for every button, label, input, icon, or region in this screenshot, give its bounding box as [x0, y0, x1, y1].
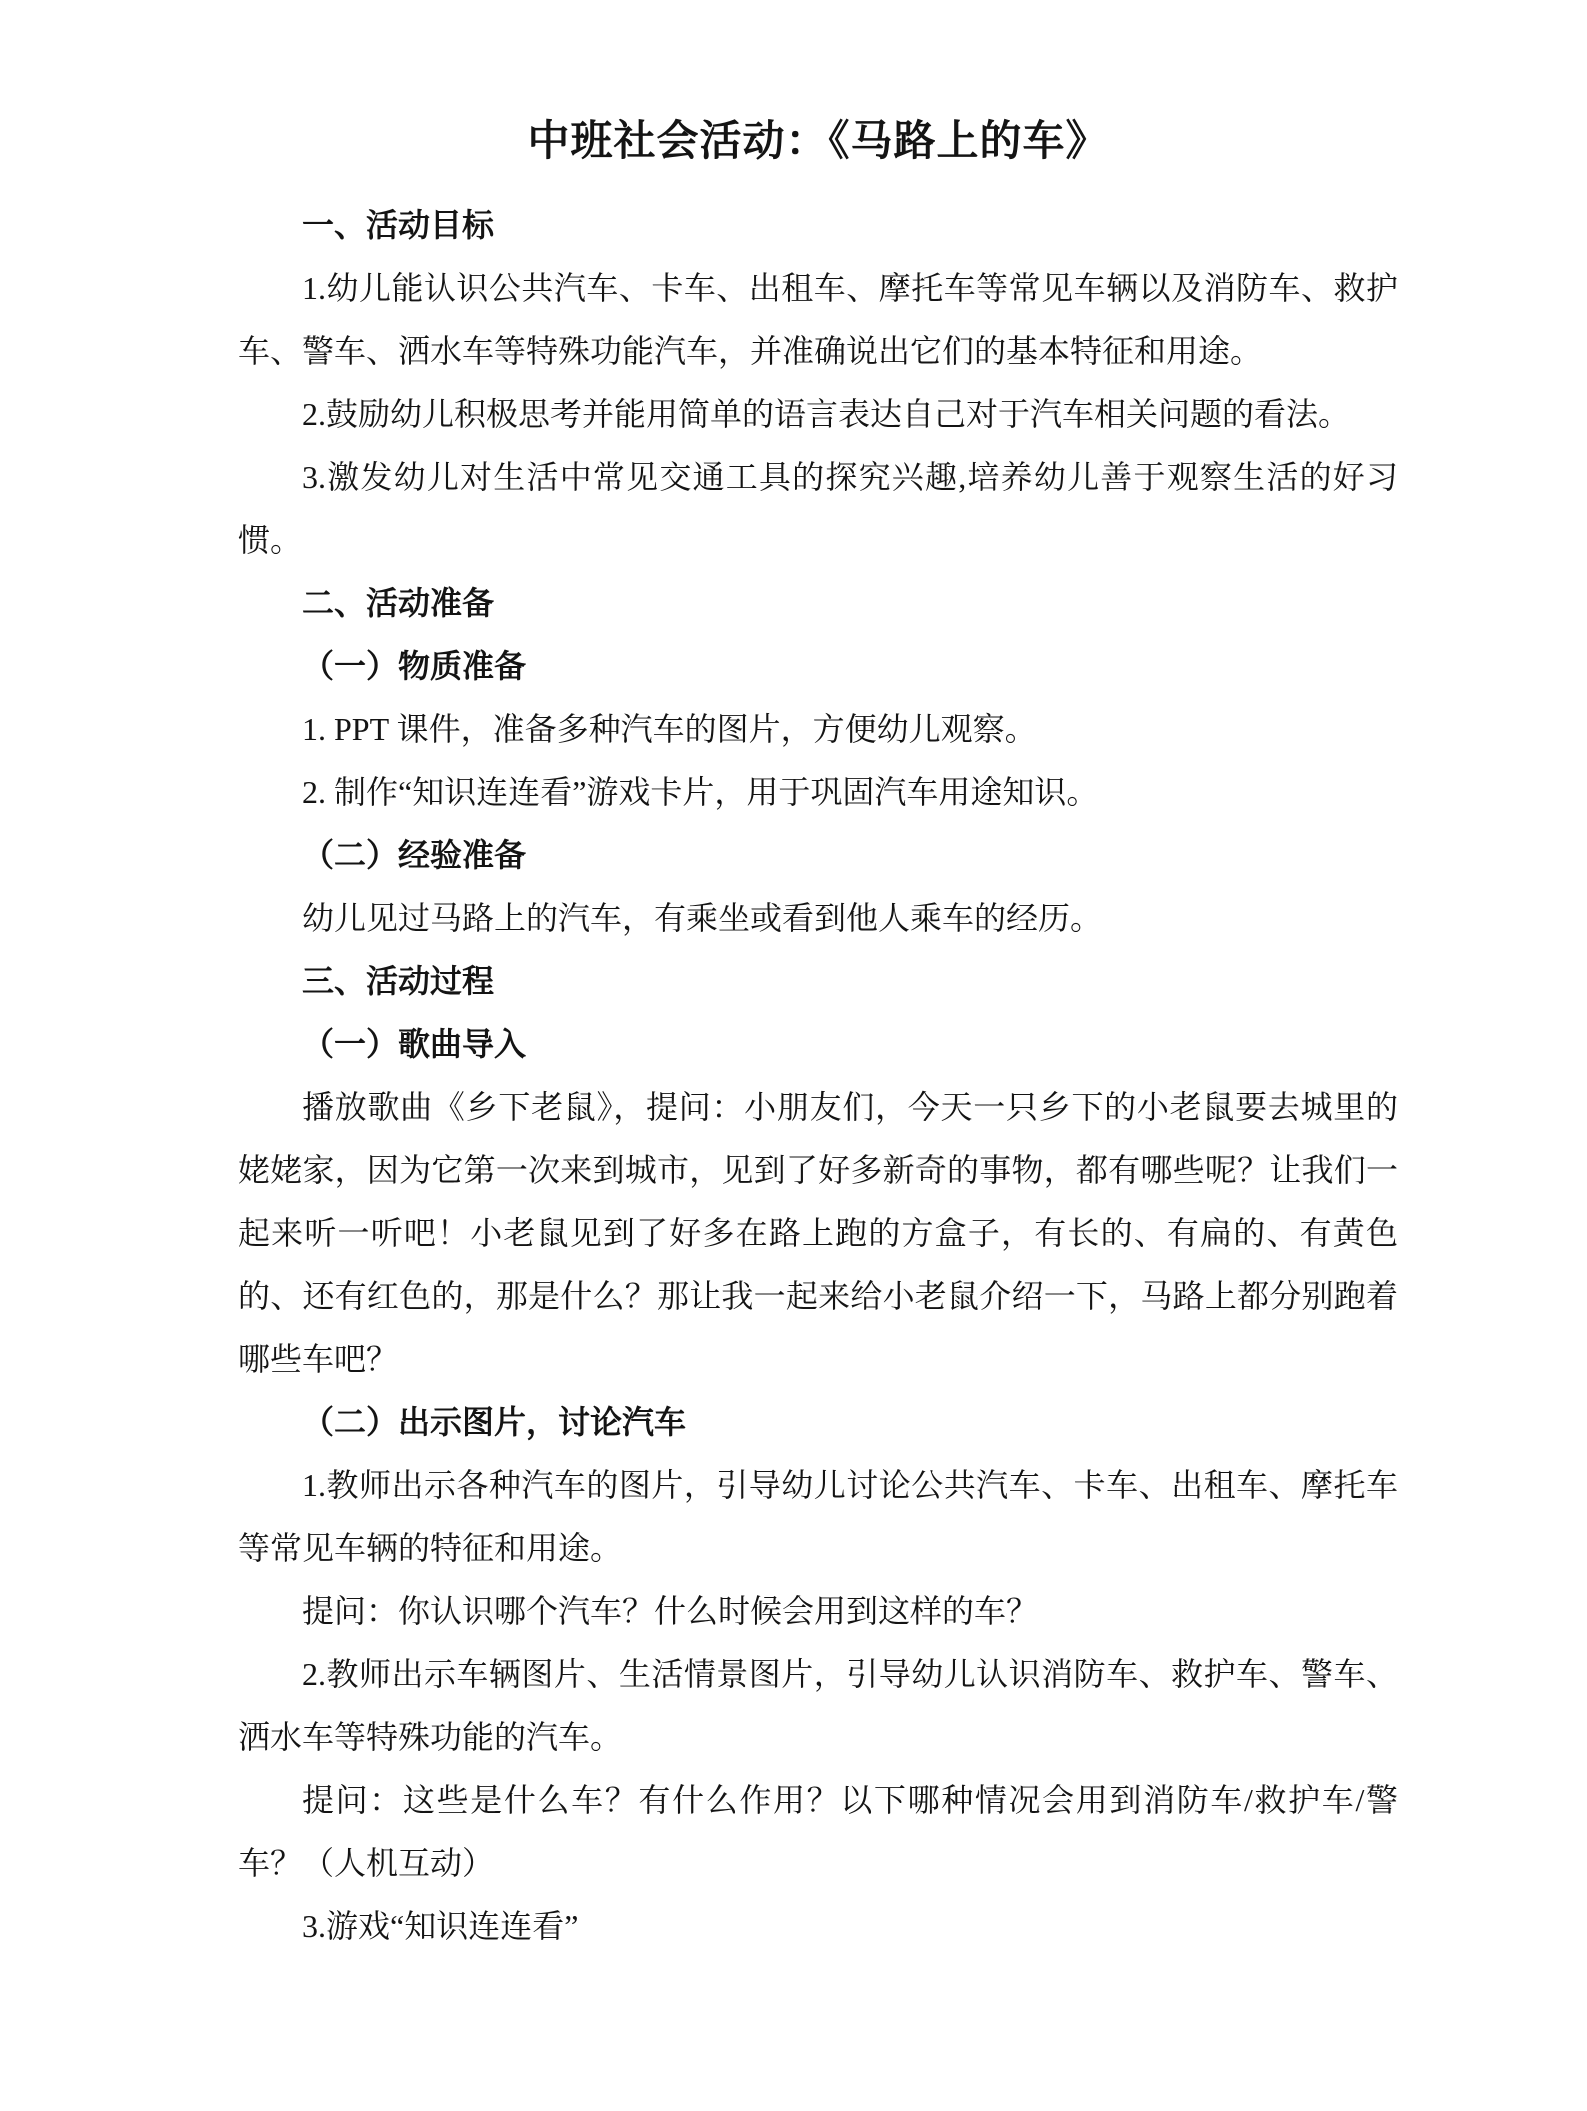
- paragraph-song-intro: 播放歌曲《乡下老鼠》，提问：小朋友们，今天一只乡下的小老鼠要去城里的姥姥家，因为…: [238, 1076, 1398, 1391]
- subsection-heading-experience-preparation: （二）经验准备: [238, 824, 1398, 887]
- section-heading-activity-preparation: 二、活动准备: [238, 572, 1398, 635]
- paragraph-experience-note: 幼儿见过马路上的汽车，有乘坐或看到他人乘车的经历。: [238, 887, 1398, 950]
- paragraph-question-common-vehicles: 提问：你认识哪个汽车？什么时候会用到这样的车？: [238, 1580, 1398, 1643]
- paragraph-goal-2: 2.鼓励幼儿积极思考并能用简单的语言表达自己对于汽车相关问题的看法。: [238, 383, 1398, 446]
- subsection-heading-material-preparation: （一）物质准备: [238, 635, 1398, 698]
- paragraph-discuss-common-vehicles: 1.教师出示各种汽车的图片，引导幼儿讨论公共汽车、卡车、出租车、摩托车等常见车辆…: [238, 1454, 1398, 1580]
- section-heading-activity-process: 三、活动过程: [238, 950, 1398, 1013]
- paragraph-question-special-vehicles: 提问：这些是什么车？有什么作用？以下哪种情况会用到消防车/救护车/警车？（人机互…: [238, 1769, 1398, 1895]
- paragraph-discuss-special-vehicles: 2.教师出示车辆图片、生活情景图片，引导幼儿认识消防车、救护车、警车、洒水车等特…: [238, 1643, 1398, 1769]
- paragraph-goal-3: 3.激发幼儿对生活中常见交通工具的探究兴趣,培养幼儿善于观察生活的好习惯。: [238, 446, 1398, 572]
- paragraph-game-link-up: 3.游戏“知识连连看”: [238, 1895, 1398, 1958]
- document-title: 中班社会活动：《马路上的车》: [238, 112, 1398, 172]
- paragraph-goal-1: 1.幼儿能认识公共汽车、卡车、出租车、摩托车等常见车辆以及消防车、救护车、警车、…: [238, 257, 1398, 383]
- paragraph-material-item-2: 2. 制作“知识连连看”游戏卡片，用于巩固汽车用途知识。: [238, 761, 1398, 824]
- document-page: 中班社会活动：《马路上的车》 一、活动目标 1.幼儿能认识公共汽车、卡车、出租车…: [0, 0, 1587, 2111]
- subsection-heading-show-pictures: （二）出示图片，讨论汽车: [238, 1391, 1398, 1454]
- paragraph-material-item-1: 1. PPT 课件，准备多种汽车的图片，方便幼儿观察。: [238, 698, 1398, 761]
- subsection-heading-song-intro: （一）歌曲导入: [238, 1013, 1398, 1076]
- section-heading-activity-goals: 一、活动目标: [238, 194, 1398, 257]
